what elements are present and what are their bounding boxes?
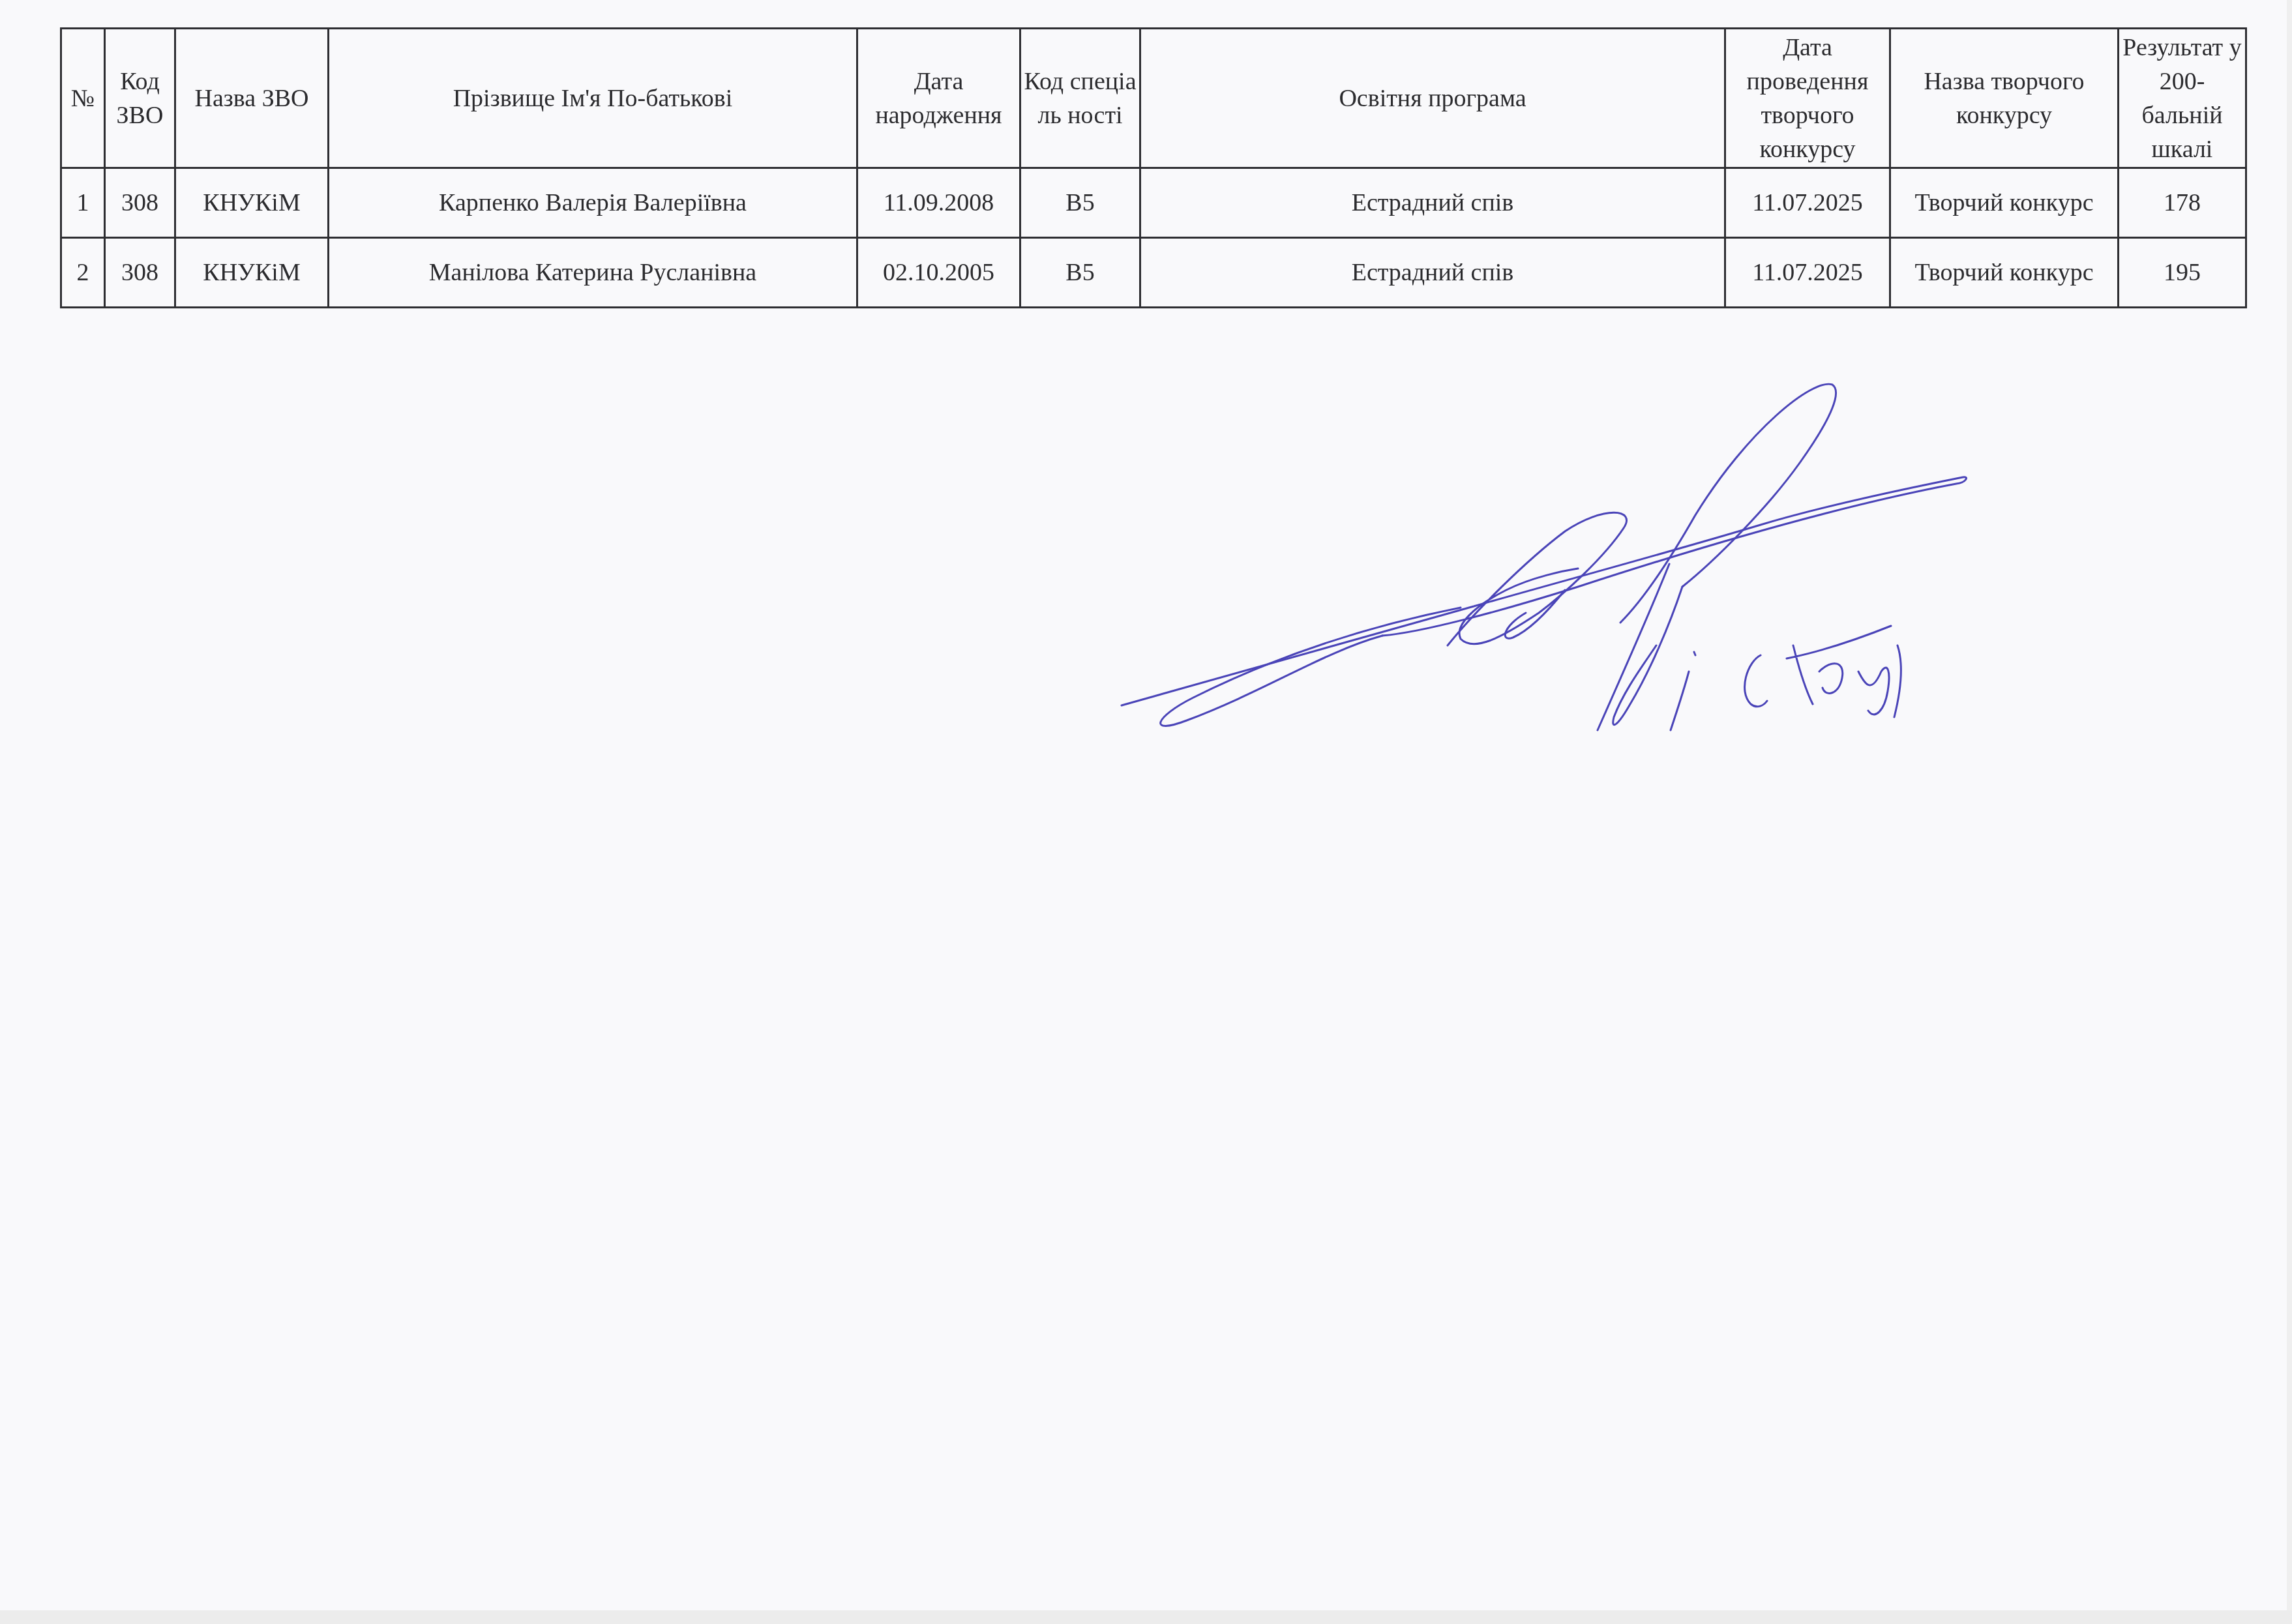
- cell-num: 2: [61, 238, 105, 308]
- scan-edge-bottom: [0, 1610, 2292, 1624]
- cell-num: 1: [61, 168, 105, 238]
- header-num: №: [61, 29, 105, 168]
- header-program: Освітня програма: [1140, 29, 1725, 168]
- header-specialty-code: Код спеціаль ності: [1020, 29, 1140, 168]
- header-full-name: Прізвище Ім'я По-батькові: [329, 29, 857, 168]
- table-row: 1 308 КНУКіМ Карпенко Валерія Валеріївна…: [61, 168, 2246, 238]
- cell-program: Естрадний спів: [1140, 168, 1725, 238]
- cell-birth-date: 11.09.2008: [857, 168, 1020, 238]
- header-birth-date: Дата народження: [857, 29, 1020, 168]
- cell-zvo-name: КНУКіМ: [175, 238, 329, 308]
- scan-edge-right: [2287, 0, 2292, 1624]
- header-contest-name: Назва творчого конкурсу: [1890, 29, 2119, 168]
- header-contest-date: Дата проведення творчого конкурсу: [1725, 29, 1890, 168]
- signature-icon: [1109, 365, 2021, 769]
- results-table: № Код ЗВО Назва ЗВО Прізвище Ім'я По-бат…: [60, 27, 2247, 308]
- cell-specialty-code: B5: [1020, 238, 1140, 308]
- cell-zvo-code: 308: [105, 168, 175, 238]
- cell-program: Естрадний спів: [1140, 238, 1725, 308]
- cell-specialty-code: B5: [1020, 168, 1140, 238]
- table-row: 2 308 КНУКіМ Манілова Катерина Русланівн…: [61, 238, 2246, 308]
- cell-full-name: Манілова Катерина Русланівна: [329, 238, 857, 308]
- cell-score: 195: [2119, 238, 2246, 308]
- cell-zvo-name: КНУКіМ: [175, 168, 329, 238]
- cell-full-name: Карпенко Валерія Валеріївна: [329, 168, 857, 238]
- cell-contest-name: Творчий конкурс: [1890, 238, 2119, 308]
- header-zvo-code: Код ЗВО: [105, 29, 175, 168]
- cell-zvo-code: 308: [105, 238, 175, 308]
- cell-birth-date: 02.10.2005: [857, 238, 1020, 308]
- header-score: Результат у 200-бальній шкалі: [2119, 29, 2246, 168]
- cell-contest-date: 11.07.2025: [1725, 238, 1890, 308]
- table-header-row: № Код ЗВО Назва ЗВО Прізвище Ім'я По-бат…: [61, 29, 2246, 168]
- header-zvo-name: Назва ЗВО: [175, 29, 329, 168]
- cell-contest-date: 11.07.2025: [1725, 168, 1890, 238]
- cell-score: 178: [2119, 168, 2246, 238]
- cell-contest-name: Творчий конкурс: [1890, 168, 2119, 238]
